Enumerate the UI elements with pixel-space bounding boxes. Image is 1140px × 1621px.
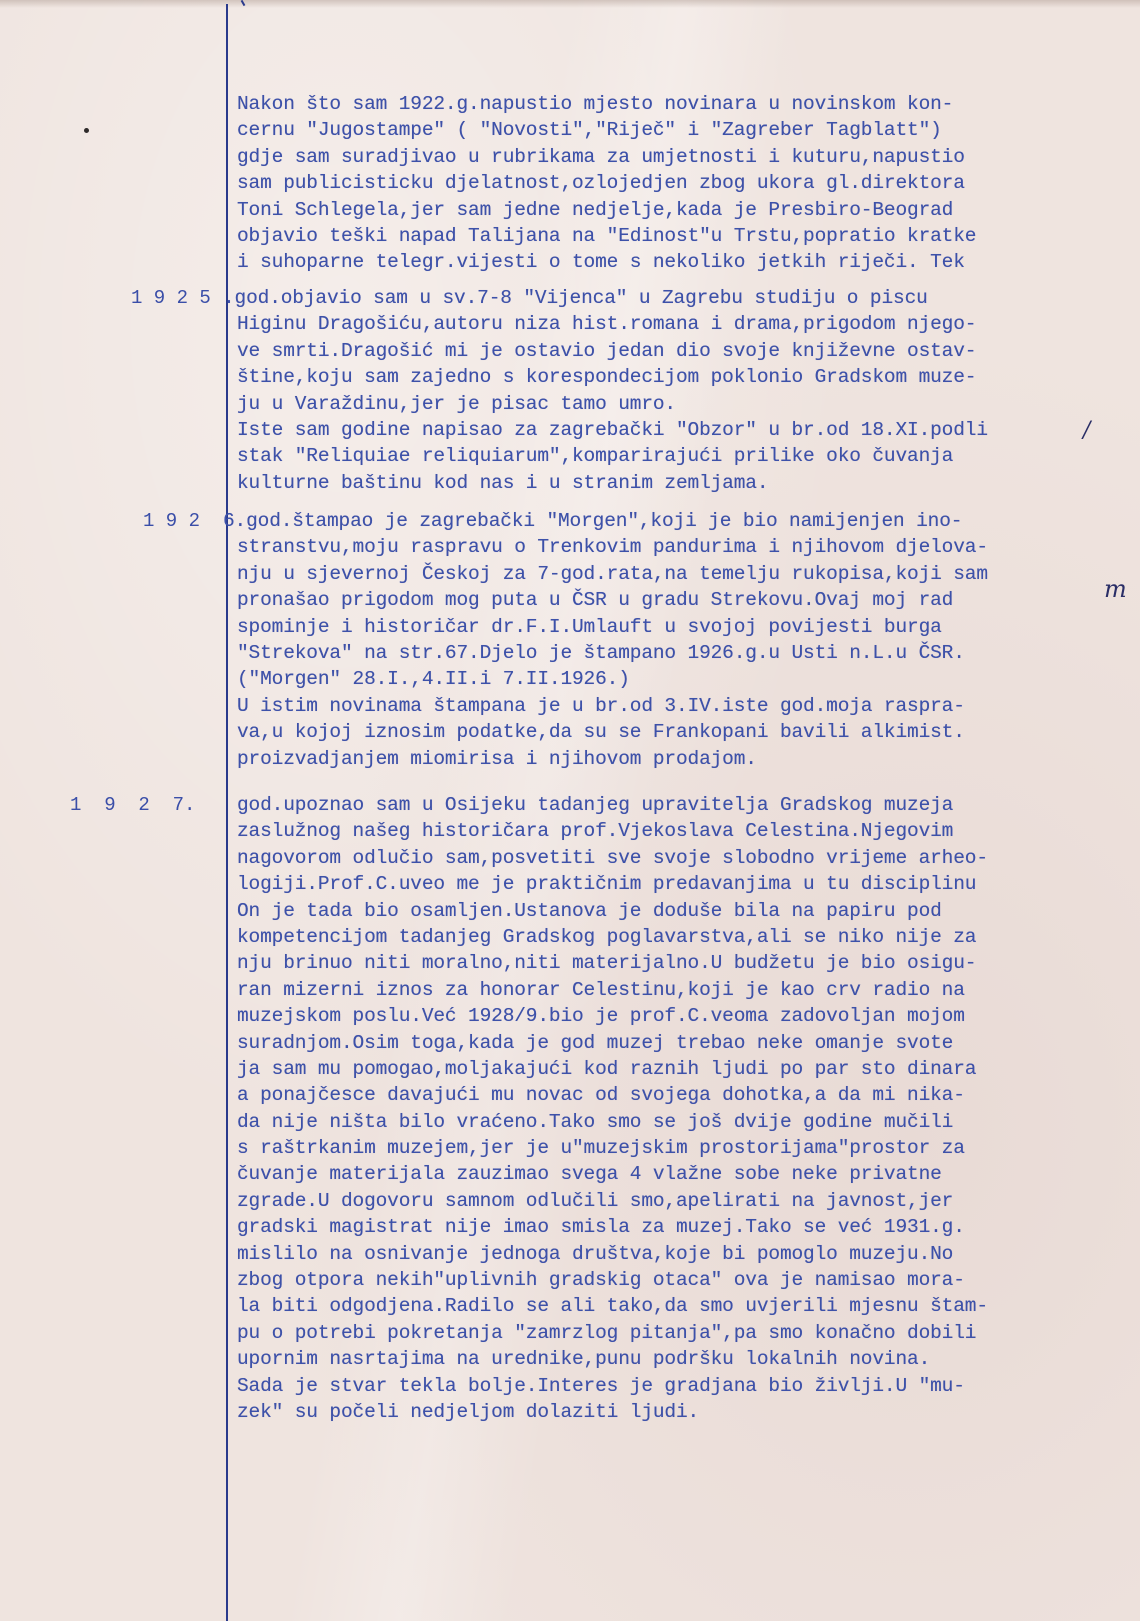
text-line: Toni Schlegela,jer sam jedne nedjelje,ka… [237, 197, 1117, 223]
text-line: nju u sjevernoj Českoj za 7-god.rata,na … [223, 561, 1103, 587]
text-line: ju u Varaždinu,jer je pisac tamo umro. [223, 391, 1103, 417]
margin-year-1925: 1 9 2 5 [131, 287, 211, 309]
text-line: zaslužnog našeg historičara prof.Vjekosl… [237, 818, 1117, 844]
text-line: logiji.Prof.C.uveo me je praktičnim pred… [237, 871, 1117, 897]
text-line: On je tada bio osamljen.Ustanova je dodu… [237, 898, 1117, 924]
text-line: mislilo na osnivanje jednoga društva,koj… [237, 1241, 1117, 1267]
text-line: Sada je stvar tekla bolje.Interes je gra… [237, 1373, 1117, 1399]
text-line: štine,koju sam zajedno s korespondecijom… [223, 364, 1103, 390]
text-line: Iste sam godine napisao za zagrebački "O… [223, 417, 1103, 443]
text-line: da nije ništa bilo vraćeno.Tako smo se j… [237, 1109, 1117, 1135]
ink-speck [84, 128, 89, 133]
text-line: ve smrti.Dragošić mi je ostavio jedan di… [223, 338, 1103, 364]
text-line: .god.objavio sam u sv.7-8 "Vijenca" u Za… [223, 285, 1103, 311]
text-line: kompetencijom tadanjeg Gradskog poglavar… [237, 924, 1117, 950]
paragraph-1926: 6.god.štampao je zagrebački "Morgen",koj… [223, 508, 1103, 772]
text-line: god.upoznao sam u Osijeku tadanjeg uprav… [237, 792, 1117, 818]
text-line: 6.god.štampao je zagrebački "Morgen",koj… [223, 508, 1103, 534]
text-line: upornim nasrtajima na urednike,punu podr… [237, 1346, 1117, 1372]
text-line: stranstvu,moju raspravu o Trenkovim pand… [223, 534, 1103, 560]
text-line: sam publicisticku djelatnost,ozlojedjen … [237, 170, 1117, 196]
handwritten-correction-m: m [1104, 575, 1127, 603]
text-line: gdje sam suradjivao u rubrikama za umjet… [237, 144, 1117, 170]
text-line: pu o potrebi pokretanja "zamrzlog pitanj… [237, 1320, 1117, 1346]
margin-year-1927: 1 9 2 7. [70, 794, 195, 816]
margin-year-1926: 1 9 2 [143, 510, 200, 532]
text-line: ja sam mu pomogao,moljakajući kod raznih… [237, 1056, 1117, 1082]
text-line: čuvanje materijala zauzimao svega 4 vlaž… [237, 1161, 1117, 1187]
text-line: va,u kojoj iznosim podatke,da su se Fran… [223, 719, 1103, 745]
text-line: ("Morgen" 28.I.,4.II.i 7.II.1926.) [223, 666, 1103, 692]
paragraph-1925: .god.objavio sam u sv.7-8 "Vijenca" u Za… [223, 285, 1103, 496]
text-line: Higinu Dragošiću,autoru niza hist.romana… [223, 311, 1103, 337]
text-line: zek" su počeli nedjeljom dolaziti ljudi. [237, 1399, 1117, 1425]
text-line: pronašao prigodom mog puta u ČSR u gradu… [223, 587, 1103, 613]
text-line: spominje i historičar dr.F.I.Umlauft u s… [223, 614, 1103, 640]
text-line: Nakon što sam 1922.g.napustio mjesto nov… [237, 91, 1117, 117]
paper-top-edge [0, 0, 1140, 8]
text-line: zbog otpora nekih"uplivnih gradskig otac… [237, 1267, 1117, 1293]
text-line: zgrade.U dogovoru samnom odlučili smo,ap… [237, 1188, 1117, 1214]
text-line: U istim novinama štampana je u br.od 3.I… [223, 693, 1103, 719]
text-line: i suhoparne telegr.vijesti o tome s neko… [237, 249, 1117, 275]
text-line: s raštrkanim muzejem,jer je u"muzejskim … [237, 1135, 1117, 1161]
text-line: nju brinuo niti moralno,niti materijalno… [237, 950, 1117, 976]
paragraph-1927: god.upoznao sam u Osijeku tadanjeg uprav… [237, 792, 1117, 1425]
handwritten-correction-mark: / [1083, 418, 1090, 443]
text-line: suradnjom.Osim toga,kada je god muzej tr… [237, 1030, 1117, 1056]
text-line: kulturne baštinu kod nas i u stranim zem… [223, 470, 1103, 496]
text-line: cernu "Jugostampe" ( "Novosti","Riječ" i… [237, 117, 1117, 143]
text-line: la biti odgodjena.Radilo se ali tako,da … [237, 1293, 1117, 1319]
text-line: nagovorom odlučio sam,posvetiti sve svoj… [237, 845, 1117, 871]
paragraph-1922: Nakon što sam 1922.g.napustio mjesto nov… [237, 91, 1117, 276]
text-line: a ponajčesce davajući mu novac od svojeg… [237, 1082, 1117, 1108]
text-line: objavio teški napad Talijana na "Edinost… [237, 223, 1117, 249]
text-line: gradski magistrat nije imao smisla za mu… [237, 1214, 1117, 1240]
document-page: 1 9 2 5 1 9 2 1 9 2 7. Nakon što sam 192… [0, 0, 1140, 1621]
text-line: stak "Reliquiae reliquiarum",kompariraju… [223, 443, 1103, 469]
text-line: proizvadjanjem miomirisa i njihovom prod… [223, 746, 1103, 772]
text-line: muzejskom poslu.Već 1928/9.bio je prof.C… [237, 1003, 1117, 1029]
text-line: "Strekova" na str.67.Djelo je štampano 1… [223, 640, 1103, 666]
margin-rule-line [226, 4, 228, 1621]
text-line: ran mizerni iznos za honorar Celestinu,k… [237, 977, 1117, 1003]
